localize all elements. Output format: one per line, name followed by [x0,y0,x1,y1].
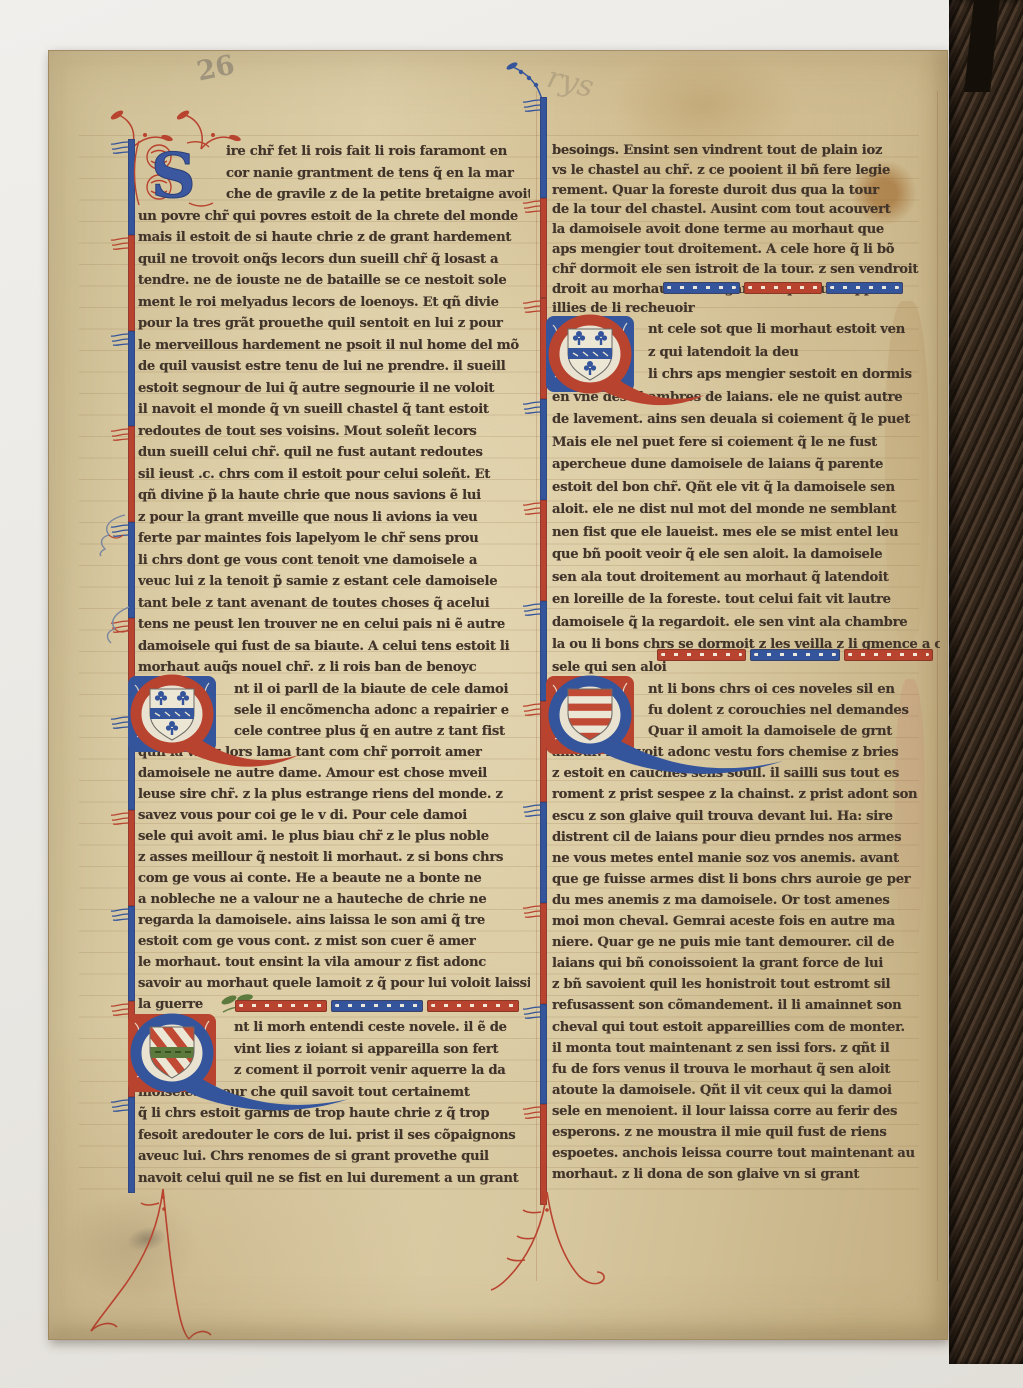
text-line: de la tour del chastel. Ausint com tout … [552,200,940,220]
text-line: leuse sire chr̃. z la plus estrange rien… [138,784,530,805]
text-line: fesoit aredouter le cors de lui. prist i… [138,1125,530,1147]
text-line: qñ divine p̃ la haute chrie que nous sav… [138,485,530,507]
penwork-comb-icon [109,714,129,728]
penwork-comb-icon [109,426,129,440]
text-line: ne vous metes entel manie soz vos anemis… [552,848,940,869]
bar-segment [128,331,135,427]
text-line: estoit segnour de lui q̃ autre segnourie… [138,378,530,400]
initial-q-bendy-shield [127,1013,377,1121]
frame-rule [536,91,537,1281]
text-line: il navoit el monde q̃ vn sueill chastel … [138,399,530,421]
bar-segment [128,810,135,906]
text-line: ferte par maintes fois lapelyom le chr̃ … [138,528,530,550]
text-line: ire chr̃ fet li rois fait li rois faramo… [226,141,530,163]
text-line: redoutes de tout ses voisins. Mout soleñ… [138,421,530,443]
bar-segment [128,522,135,618]
text-line: moi mon cheval. Gemrai aceste fois en au… [552,911,940,932]
line-filler-ornament [657,649,933,661]
penwork-comb-icon [109,522,129,536]
text-line: rement. Quar la foreste duroit dus qua l… [552,181,940,201]
bar-segment [540,1004,547,1105]
line-filler-ornament [235,1000,519,1012]
text-line: estoit com ge vous cont. z mist son cuer… [138,931,530,952]
text-line: pour la tres grãt prouethe quil sentoit … [138,313,530,335]
text-line: escu z son glaive quil trouva devant lui… [552,806,940,827]
bottom-left-flourish [63,1181,323,1346]
penwork-comb-icon [109,139,129,153]
text-line: veuc lui z la tenoit p̃ samie z estant c… [138,571,530,593]
initial-s-illuminated: S [129,137,221,209]
filler-segment [844,649,933,661]
text-line: estoit del bon chr̃. Qñt ele vit q̃ la d… [552,477,940,500]
bar-segment [128,906,135,1002]
bar-segment [540,97,547,198]
filler-segment [657,649,746,661]
manuscript-photo: 26 rys [0,0,1023,1388]
text-line: com ge vous ai conte. He a beaute ne a b… [138,868,530,889]
text-line: besoings. Ensint sen vindrent tout de pl… [552,141,940,161]
text-line: damoisele q̃ la regardoit. ele sen vint … [552,612,940,635]
text-line: atoute la damoisele. Qñt il vit ceux qui… [552,1080,940,1101]
penwork-comb-icon [109,1097,129,1111]
text-line: z pour la grant mveille que nous li avio… [138,507,530,529]
filler-segment [744,282,821,294]
text-line: Mais ele nel puet fere si coiement q̃ le… [552,432,940,455]
text-line: fu de fors venus il trouva le morhaut q̃… [552,1059,940,1080]
text-line: esperons. z ne moustra il mie quil fust … [552,1122,940,1143]
text-line: regarda la damoisele. ains laissa le son… [138,910,530,931]
line-filler-ornament [663,282,903,294]
text-line: en loreille de la foreste. tout celui fa… [552,589,940,612]
text-line: espoetes. anchois leissa courre tout mai… [552,1143,940,1164]
text-line: tant bele z tant avenant de toutes chose… [138,593,530,615]
text-line: que ge fuisse armes dist li bons chrs au… [552,869,940,890]
pencil-folio-number: 26 [194,49,237,87]
text-line: le merveillous hardement ne psoit il nul… [138,335,530,357]
text-line: mais il estoit de si haute chrie z de gr… [138,227,530,249]
bar-segment [540,500,547,601]
text-line: che de gravile z de la petite bretaigne … [226,184,530,206]
text-line: dun sueill celui chr̃. quil ne fust auta… [138,442,530,464]
penwork-comb-icon [109,810,129,824]
filler-segment [663,282,740,294]
initial-q-fleur-shield [545,315,795,419]
filler-segment [826,282,903,294]
text-line: sil ieust .c. chrs com il estoit pour ce… [138,464,530,486]
paragraph: ire chr̃ fet li rois fait li rois faramo… [138,141,530,679]
text-line: aloit. ele ne dist nul mot del monde ne … [552,499,940,522]
ink-show-through: rys [543,60,597,105]
text-line: laians qui bñ conoissoient la grant forc… [552,953,940,974]
bar-segment [540,903,547,1004]
text-line: sele qui avoit ami. le plus biau chr̃ z … [138,826,530,847]
text-line: z bñ savoient quil les honistroit tout e… [552,974,940,995]
text-line: tendre. ne de iouste ne de bataille se c… [138,270,530,292]
text-line: z asses meillour q̃ nestoit li morhaut. … [138,847,530,868]
text-line: roment z prist sespee z la chainst. z pr… [552,784,940,805]
initial-q-barry-shield [545,675,795,783]
filler-segment [331,1000,423,1012]
text-line: de quil vausist estre tenu de lui ne pre… [138,356,530,378]
text-line: que bñ pooit veoir q̃ ele sen aloit. la … [552,544,940,567]
bar-segment [128,235,135,331]
text-line: chr̃ dormoit ele sen istroit de la tour.… [552,260,940,280]
text-line: cor nanie grantment de tens q̃ en la mar [226,163,530,185]
text-line: distrent cil de laians pour dieu prndes … [552,827,940,848]
text-line: vs le chastel au chr̃. z ce pooient il b… [552,161,940,181]
book-fore-edge [949,0,1023,1364]
penwork-comb-icon [521,97,541,111]
penwork-comb-icon [109,618,129,632]
bar-segment [128,426,135,522]
text-line: damoisele qui fust de sa biaute. A celui… [138,636,530,658]
text-line: sen ala tout droitement au morhaut q̃ la… [552,567,940,590]
initial-q-fleur-shield [127,675,377,779]
text-line: tens ne peust len trouver ne en celui pa… [138,614,530,636]
text-line: savez vous pour coi ge le v di. Pour cel… [138,805,530,826]
penwork-comb-icon [109,235,129,249]
manuscript-page: 26 rys [48,50,948,1340]
text-line: refusassent son cõmandement. il li amain… [552,995,940,1016]
text-line: savoir au morhaut quele lamoit z q̃ pour… [138,973,530,994]
text-line: navoit celui quil ne se fist en lui dure… [138,1168,530,1190]
text-line: quil ne trovoit onq̃s lecors dun sueill … [138,249,530,271]
text-line: nen fist que ele laueist. mes ele se mis… [552,522,940,545]
text-line: il monta tout maintenant z sen issi fors… [552,1038,940,1059]
filler-segment [235,1000,327,1012]
text-line: morhaut. z li dona de son glaive vn si g… [552,1164,940,1185]
text-line: ment le roi melyadus lecors de loenoys. … [138,292,530,314]
svg-text:S: S [151,139,196,212]
bar-segment [540,198,547,299]
text-line: aps mengier tout droitement. A cele hore… [552,240,940,260]
penwork-comb-icon [109,906,129,920]
intercolumn-flourished-bar [540,97,547,1205]
text-line: apercheue dune damoisele de laians q̃ pa… [552,454,940,477]
smudge [125,1223,169,1255]
bar-segment [540,802,547,903]
bar-segment [540,1104,547,1205]
text-line: la damoisele avoit done terme au morhaut… [552,220,940,240]
text-line: aveuc lui. Chrs renomes de si grant prov… [138,1146,530,1168]
text-line: a nobleche ne a valour ne a hauteche de … [138,889,530,910]
filler-segment [750,649,839,661]
text-line: du mes anemis z ma damoisele. Or tost am… [552,890,940,911]
penwork-comb-icon [109,1001,129,1015]
penwork-comb-icon [109,331,129,345]
text-line: cheval qui tout estoit appareillies com … [552,1017,940,1038]
corner-soiling [59,1191,199,1301]
filler-segment [427,1000,519,1012]
text-line: niere. Quar ge ne puis mie tant demourer… [552,932,940,953]
text-line: sele en menoient. il lour laissa corre a… [552,1101,940,1122]
bottom-mid-flourish [471,1186,701,1336]
text-line: le morhaut. tout ensint la vila amour z … [138,952,530,973]
text-line: li chrs dont ge vous cont tenoit vne dam… [138,550,530,572]
